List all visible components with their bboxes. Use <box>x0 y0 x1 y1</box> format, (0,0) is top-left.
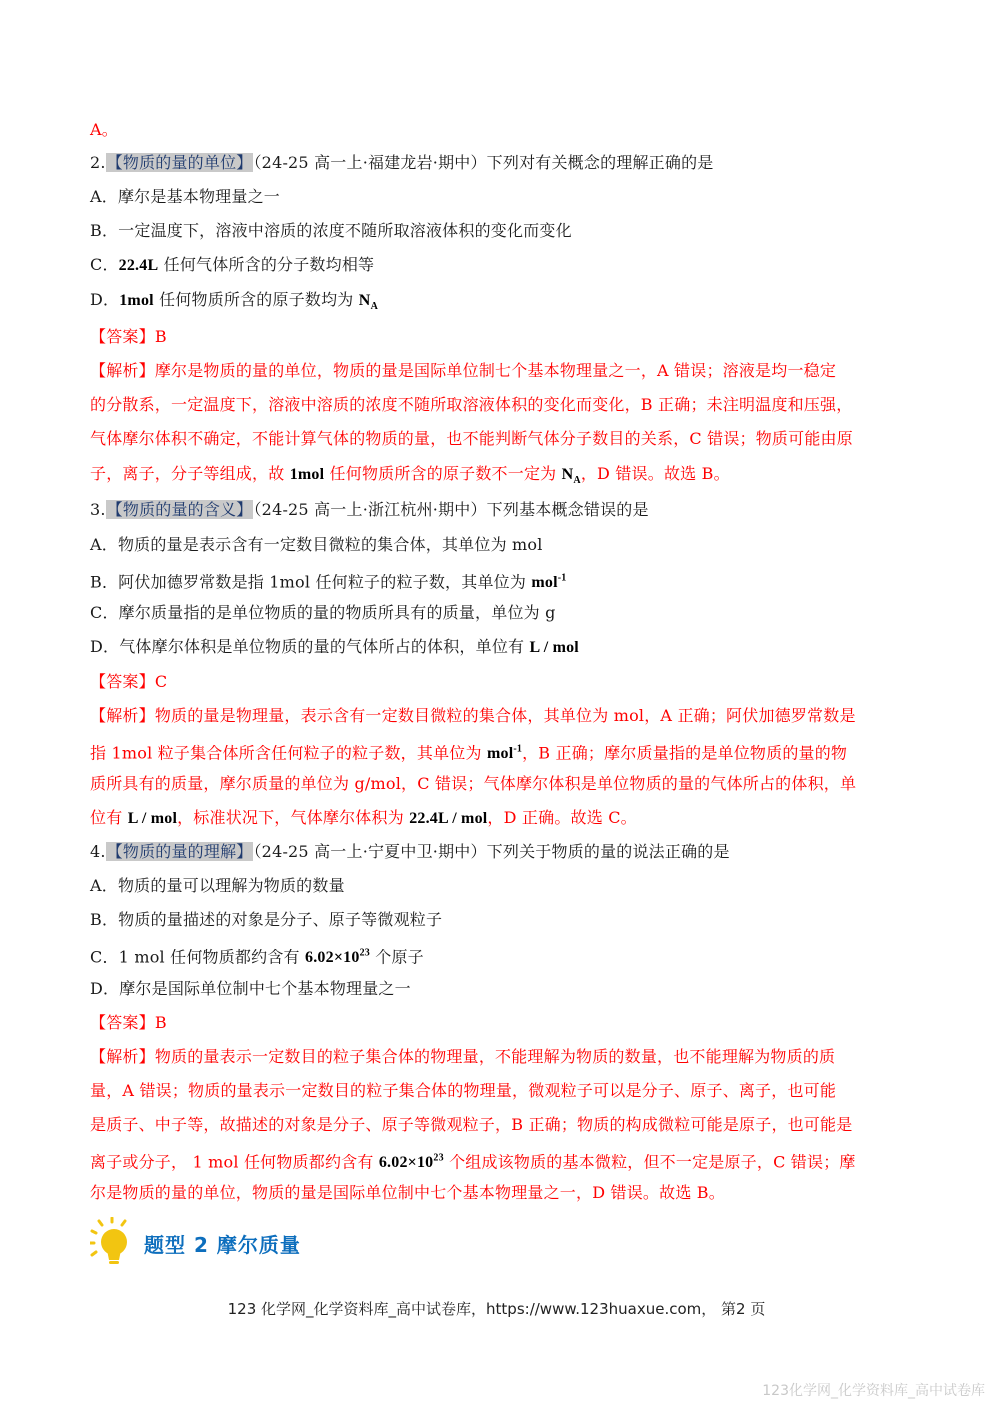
question-2-analysis-line: 子，离子，分子等组成，故 1mol 任何物质所含的原子数不一定为 NA，D 错误… <box>90 464 730 491</box>
question-4-answer: 【答案】B <box>90 1013 167 1033</box>
analysis-label: 【解析】 <box>90 361 155 380</box>
page-footer: 123 化学网_化学资料库_高中试卷库，https://www.123huaxu… <box>0 1298 993 1319</box>
math-expression: 1mol <box>290 466 325 483</box>
question-text: （24-25 高一上·浙江杭州·期中）下列基本概念错误的是 <box>253 500 648 519</box>
math-expression: NA <box>562 466 581 483</box>
math-expression: 22.4L / mol <box>409 810 487 827</box>
question-3-analysis-line: 指 1mol 粒子集合体所含任何粒子的粒子数，其单位为 mol-1，B 正确；摩… <box>90 740 847 764</box>
question-2-analysis-line: 气体摩尔体积不确定，不能计算气体的物质的量，也不能判断气体分子数目的关系，C 错… <box>90 429 853 449</box>
question-4-analysis-line: 量，A 错误；物质的量表示一定数目的粒子集合体的物理量，微观粒子可以是分子、原子… <box>90 1081 836 1101</box>
question-4-option-c: C．1 mol 任何物质都约含有 6.02×1023 个原子 <box>90 944 424 968</box>
section-heading: 题型 2 摩尔质量 <box>90 1218 301 1268</box>
math-expression: 6.02×1023 <box>305 949 370 966</box>
question-3-stem: 3.【物质的量的含义】（24-25 高一上·浙江杭州·期中）下列基本概念错误的是 <box>90 500 649 520</box>
math-expression: 22.4L <box>119 257 159 274</box>
answer-value: B <box>155 327 167 346</box>
question-3-option-d: D．气体摩尔体积是单位物质的量的气体所占的体积，单位有 L / mol <box>90 637 579 658</box>
previous-answer-tail: A。 <box>90 120 118 140</box>
question-number: 3. <box>90 500 106 519</box>
question-3-answer: 【答案】C <box>90 672 167 692</box>
option-text: 任何物质所含的原子数均为 <box>154 290 359 309</box>
topic-tag: 【物质的量的理解】 <box>106 842 254 861</box>
question-4-option-d: D．摩尔是国际单位制中七个基本物理量之一 <box>90 979 411 999</box>
question-2-option-a: A．摩尔是基本物理量之一 <box>90 187 280 207</box>
question-2-stem: 2.【物质的量的单位】（24-25 高一上·福建龙岩·期中）下列对有关概念的理解… <box>90 153 713 173</box>
analysis-text: 摩尔是物质的量的单位，物质的量是国际单位制七个基本物理量之一，A 错误；溶液是均… <box>155 361 836 380</box>
question-2-option-d: D．1mol 任何物质所含的原子数均为 NA <box>90 290 378 317</box>
question-4-stem: 4.【物质的量的理解】（24-25 高一上·宁夏中卫·期中）下列关于物质的量的说… <box>90 842 730 862</box>
question-3-option-b: B．阿伏加德罗常数是指 1mol 任何粒子的粒子数，其单位为 mol-1 <box>90 569 566 593</box>
option-label: D． <box>90 290 119 309</box>
question-3-option-c: C．摩尔质量指的是单位物质的量的物质所具有的质量，单位为 g <box>90 603 556 623</box>
section-title: 题型 2 摩尔质量 <box>144 1229 301 1258</box>
question-4-option-b: B．物质的量描述的对象是分子、原子等微观粒子 <box>90 910 442 930</box>
question-4-option-a: A．物质的量可以理解为物质的数量 <box>90 876 345 896</box>
math-expression: mol-1 <box>487 745 522 762</box>
math-expression: 1mol <box>119 292 154 309</box>
option-label: B． <box>90 221 118 240</box>
math-expression: NA <box>359 292 378 309</box>
watermark: 123化学网_化学资料库_高中试卷库 <box>762 1380 985 1400</box>
math-expression: 6.02×1023 <box>379 1154 444 1171</box>
lightbulb-icon <box>90 1217 134 1269</box>
math-expression: mol-1 <box>531 574 566 591</box>
option-text: 一定温度下，溶液中溶质的浓度不随所取溶液体积的变化而变化 <box>118 221 572 240</box>
question-2-analysis-line: 【解析】摩尔是物质的量的单位，物质的量是国际单位制七个基本物理量之一，A 错误；… <box>90 361 836 381</box>
question-2-answer: 【答案】B <box>90 327 167 347</box>
document-page: A。 2.【物质的量的单位】（24-25 高一上·福建龙岩·期中）下列对有关概念… <box>0 0 993 1404</box>
math-expression: L / mol <box>128 810 177 827</box>
answer-label: 【答案】 <box>90 327 155 346</box>
question-2-analysis-line: 的分散系，一定温度下，溶液中溶质的浓度不随所取溶液体积的变化而变化，B 正确；未… <box>90 395 852 415</box>
topic-tag: 【物质的量的单位】 <box>106 153 254 172</box>
question-number: 2. <box>90 153 106 172</box>
question-text: （24-25 高一上·宁夏中卫·期中）下列关于物质的量的说法正确的是 <box>253 842 729 861</box>
option-text: 摩尔是基本物理量之一 <box>118 187 280 206</box>
question-4-analysis-line: 是质子、中子等，故描述的对象是分子、原子等微观粒子，B 正确；物质的构成微粒可能… <box>90 1115 852 1135</box>
option-text: 任何气体所含的分子数均相等 <box>158 255 374 274</box>
question-3-option-a: A．物质的量是表示含有一定数目微粒的集合体，其单位为 mol <box>90 535 543 555</box>
option-label: A． <box>90 187 118 206</box>
question-3-analysis-line: 质所具有的质量，摩尔质量的单位为 g/mol，C 错误；气体摩尔体积是单位物质的… <box>90 774 856 794</box>
question-2-option-b: B．一定温度下，溶液中溶质的浓度不随所取溶液体积的变化而变化 <box>90 221 572 241</box>
question-2-option-c: C．22.4L 任何气体所含的分子数均相等 <box>90 255 374 276</box>
question-4-analysis-line: 【解析】物质的量表示一定数目的粒子集合体的物理量，不能理解为物质的数量，也不能理… <box>90 1047 835 1067</box>
question-text: （24-25 高一上·福建龙岩·期中）下列对有关概念的理解正确的是 <box>253 153 713 172</box>
question-number: 4. <box>90 842 106 861</box>
question-4-analysis-line: 离子或分子， 1 mol 任何物质都约含有 6.02×1023 个组成该物质的基… <box>90 1149 856 1173</box>
math-expression: L / mol <box>530 639 579 656</box>
option-label: C． <box>90 255 119 274</box>
question-3-analysis-line: 位有 L / mol，标准状况下，气体摩尔体积为 22.4L / mol，D 正… <box>90 808 637 829</box>
question-3-analysis-line: 【解析】物质的量是物理量，表示含有一定数目微粒的集合体，其单位为 mol，A 正… <box>90 706 856 726</box>
question-4-analysis-line: 尔是物质的量的单位，物质的量是国际单位制中七个基本物理量之一，D 错误。故选 B… <box>90 1183 725 1203</box>
topic-tag: 【物质的量的含义】 <box>106 500 254 519</box>
